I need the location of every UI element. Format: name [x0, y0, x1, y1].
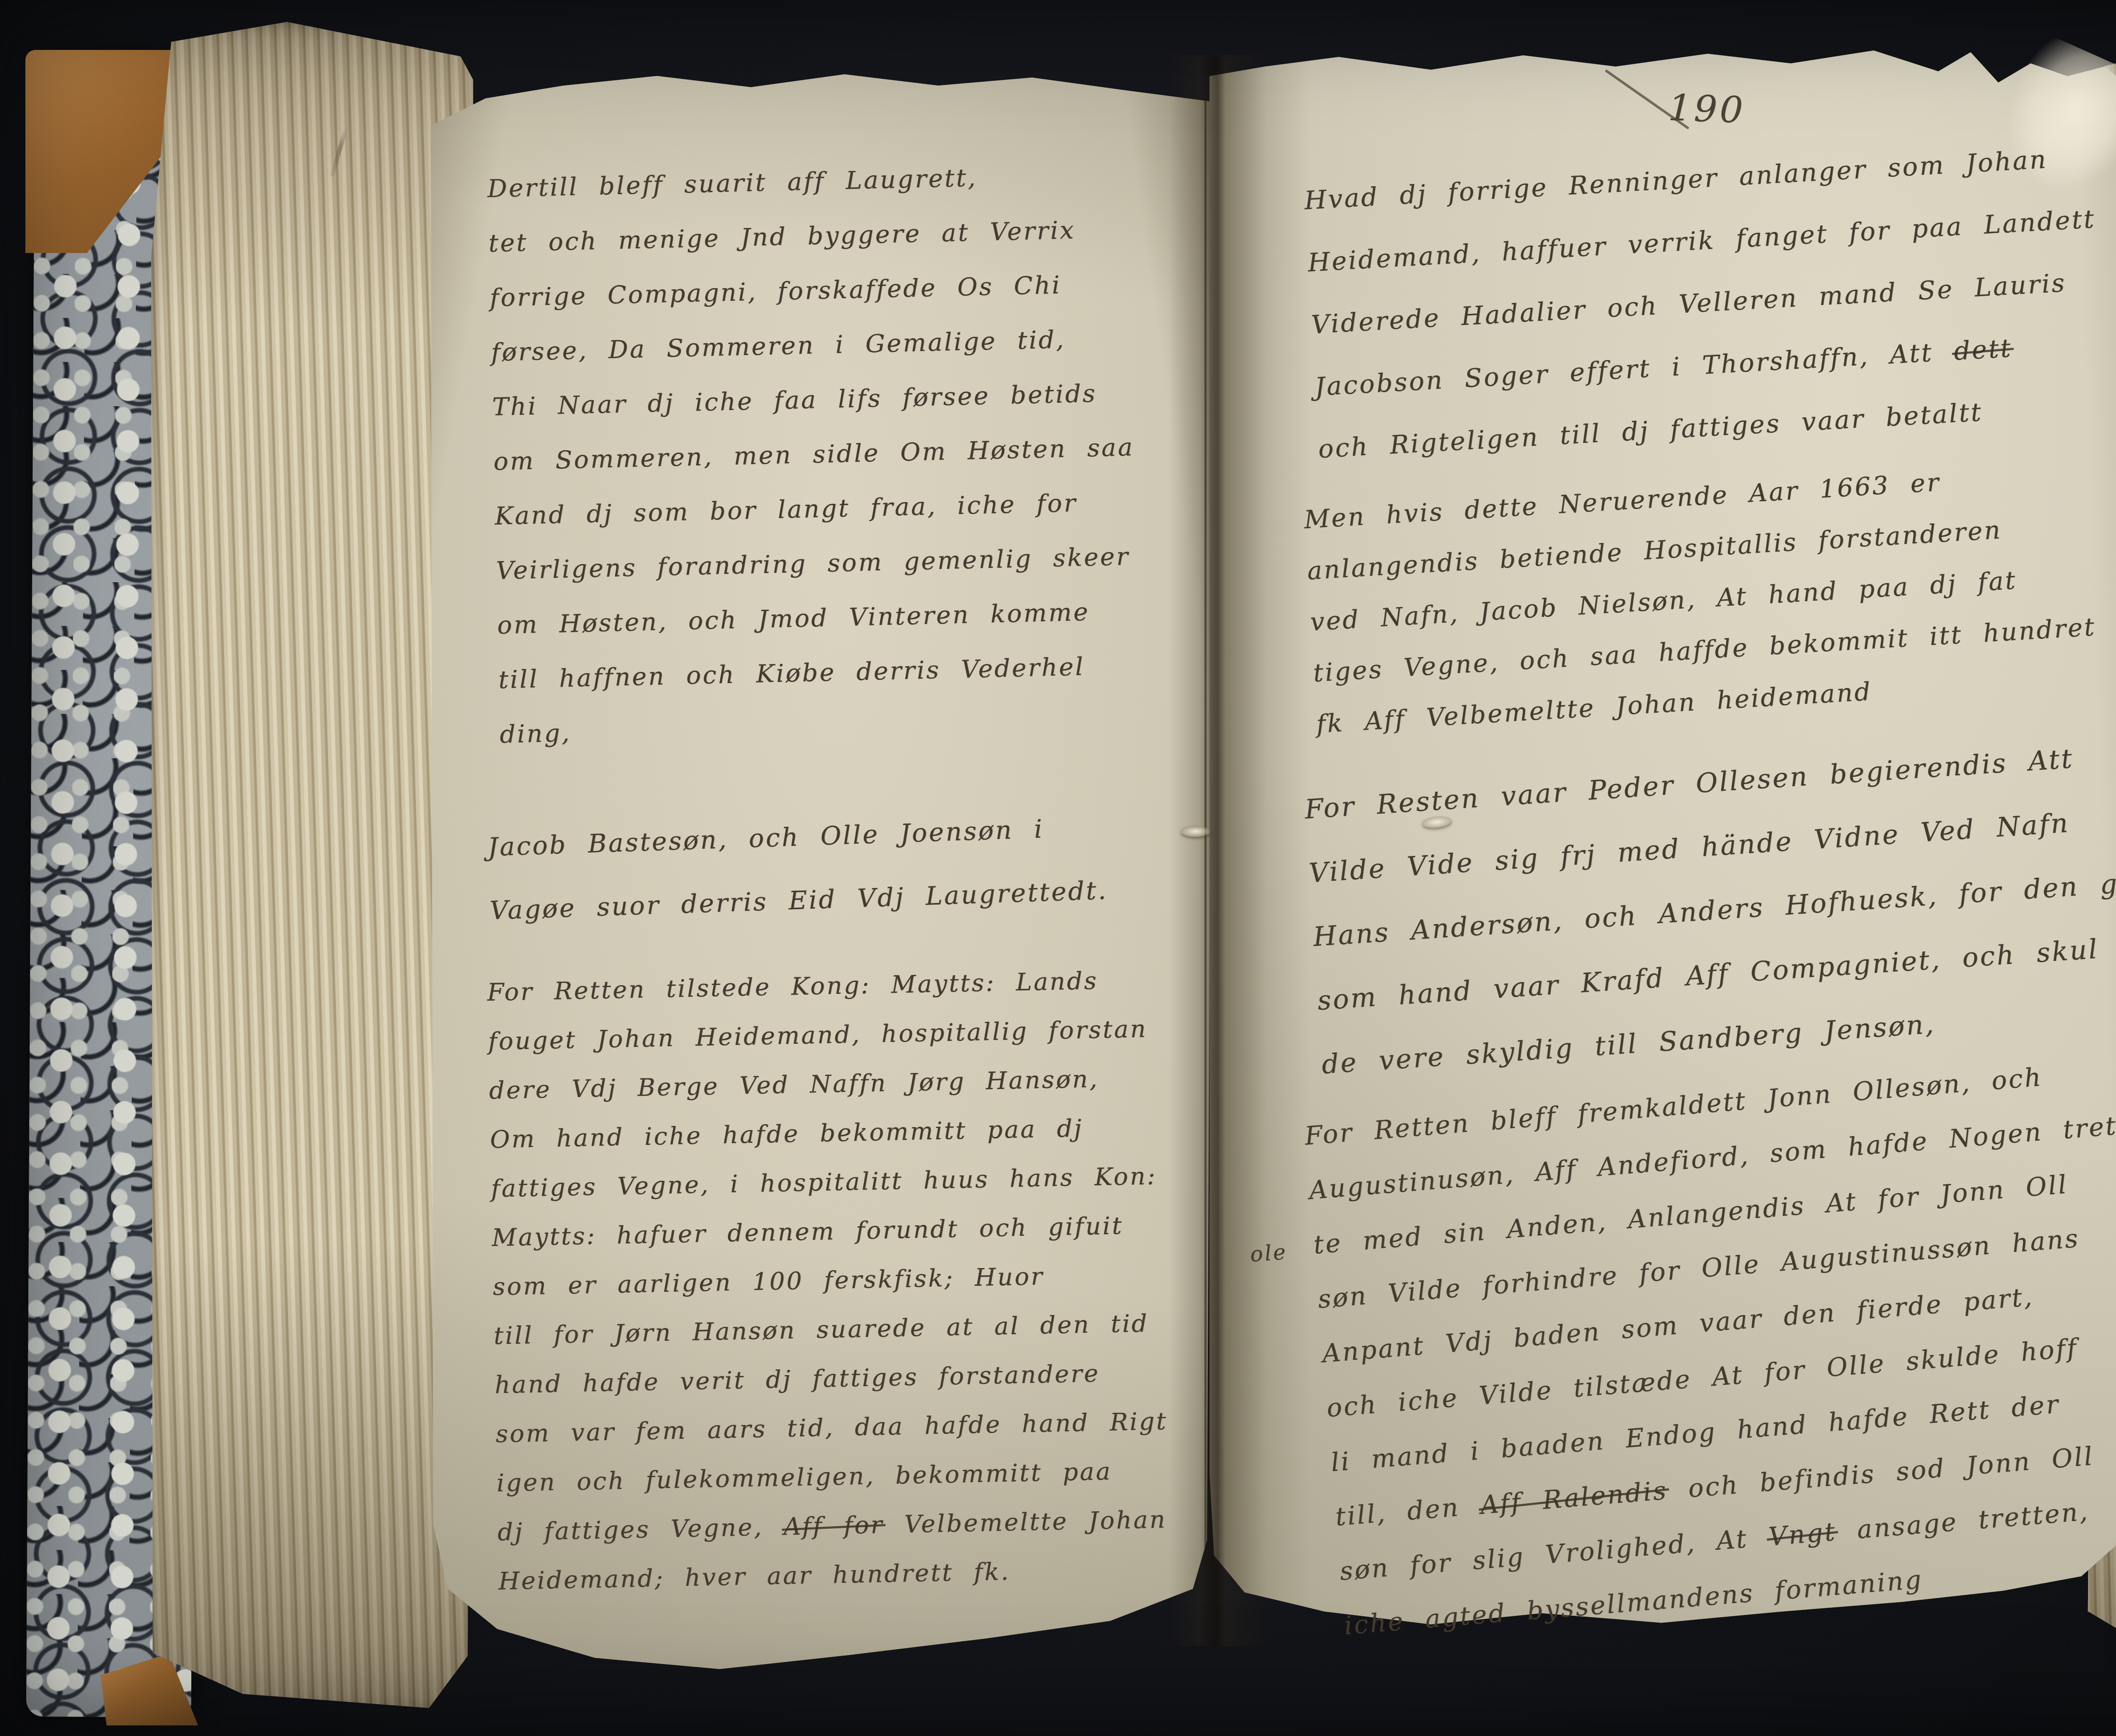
right-page-paragraph-2: Men hvis dette Neruerende Aar 1663 eranl…	[1303, 446, 2116, 750]
right-page-paragraph-1: Hvad dj forrige Renninger anlanger som J…	[1303, 125, 2116, 481]
struck-text: Vngt	[1767, 1517, 1838, 1552]
page-number: 190	[1667, 87, 1746, 132]
manuscript-photo: 190 Dertill bleff suarit aff Laugrett,te…	[0, 0, 2116, 1736]
struck-text: Aff for	[783, 1511, 884, 1541]
struck-text: dett	[1953, 333, 2013, 366]
left-page-paragraph-1: Dertill bleff suarit aff Laugrett,tet oc…	[487, 145, 1228, 762]
left-page-paragraph-3: For Retten tilstede Kong: Maytts: Landsf…	[487, 954, 1227, 1606]
right-page-paragraph-3: For Resten vaar Peder Ollesen begierendi…	[1303, 724, 2116, 1097]
margin-note: ole	[1249, 1240, 1288, 1267]
page-edge-stack-left	[146, 22, 474, 1715]
left-page-paragraph-2: Jacob Bastesøn, och Olle Joensøn iVagøe …	[487, 792, 1218, 943]
right-page-paragraph-4: For Retten bleff fremkaldett Jonn Ollesø…	[1303, 1044, 2116, 1653]
struck-text: Aff Ralendis	[1479, 1476, 1669, 1520]
